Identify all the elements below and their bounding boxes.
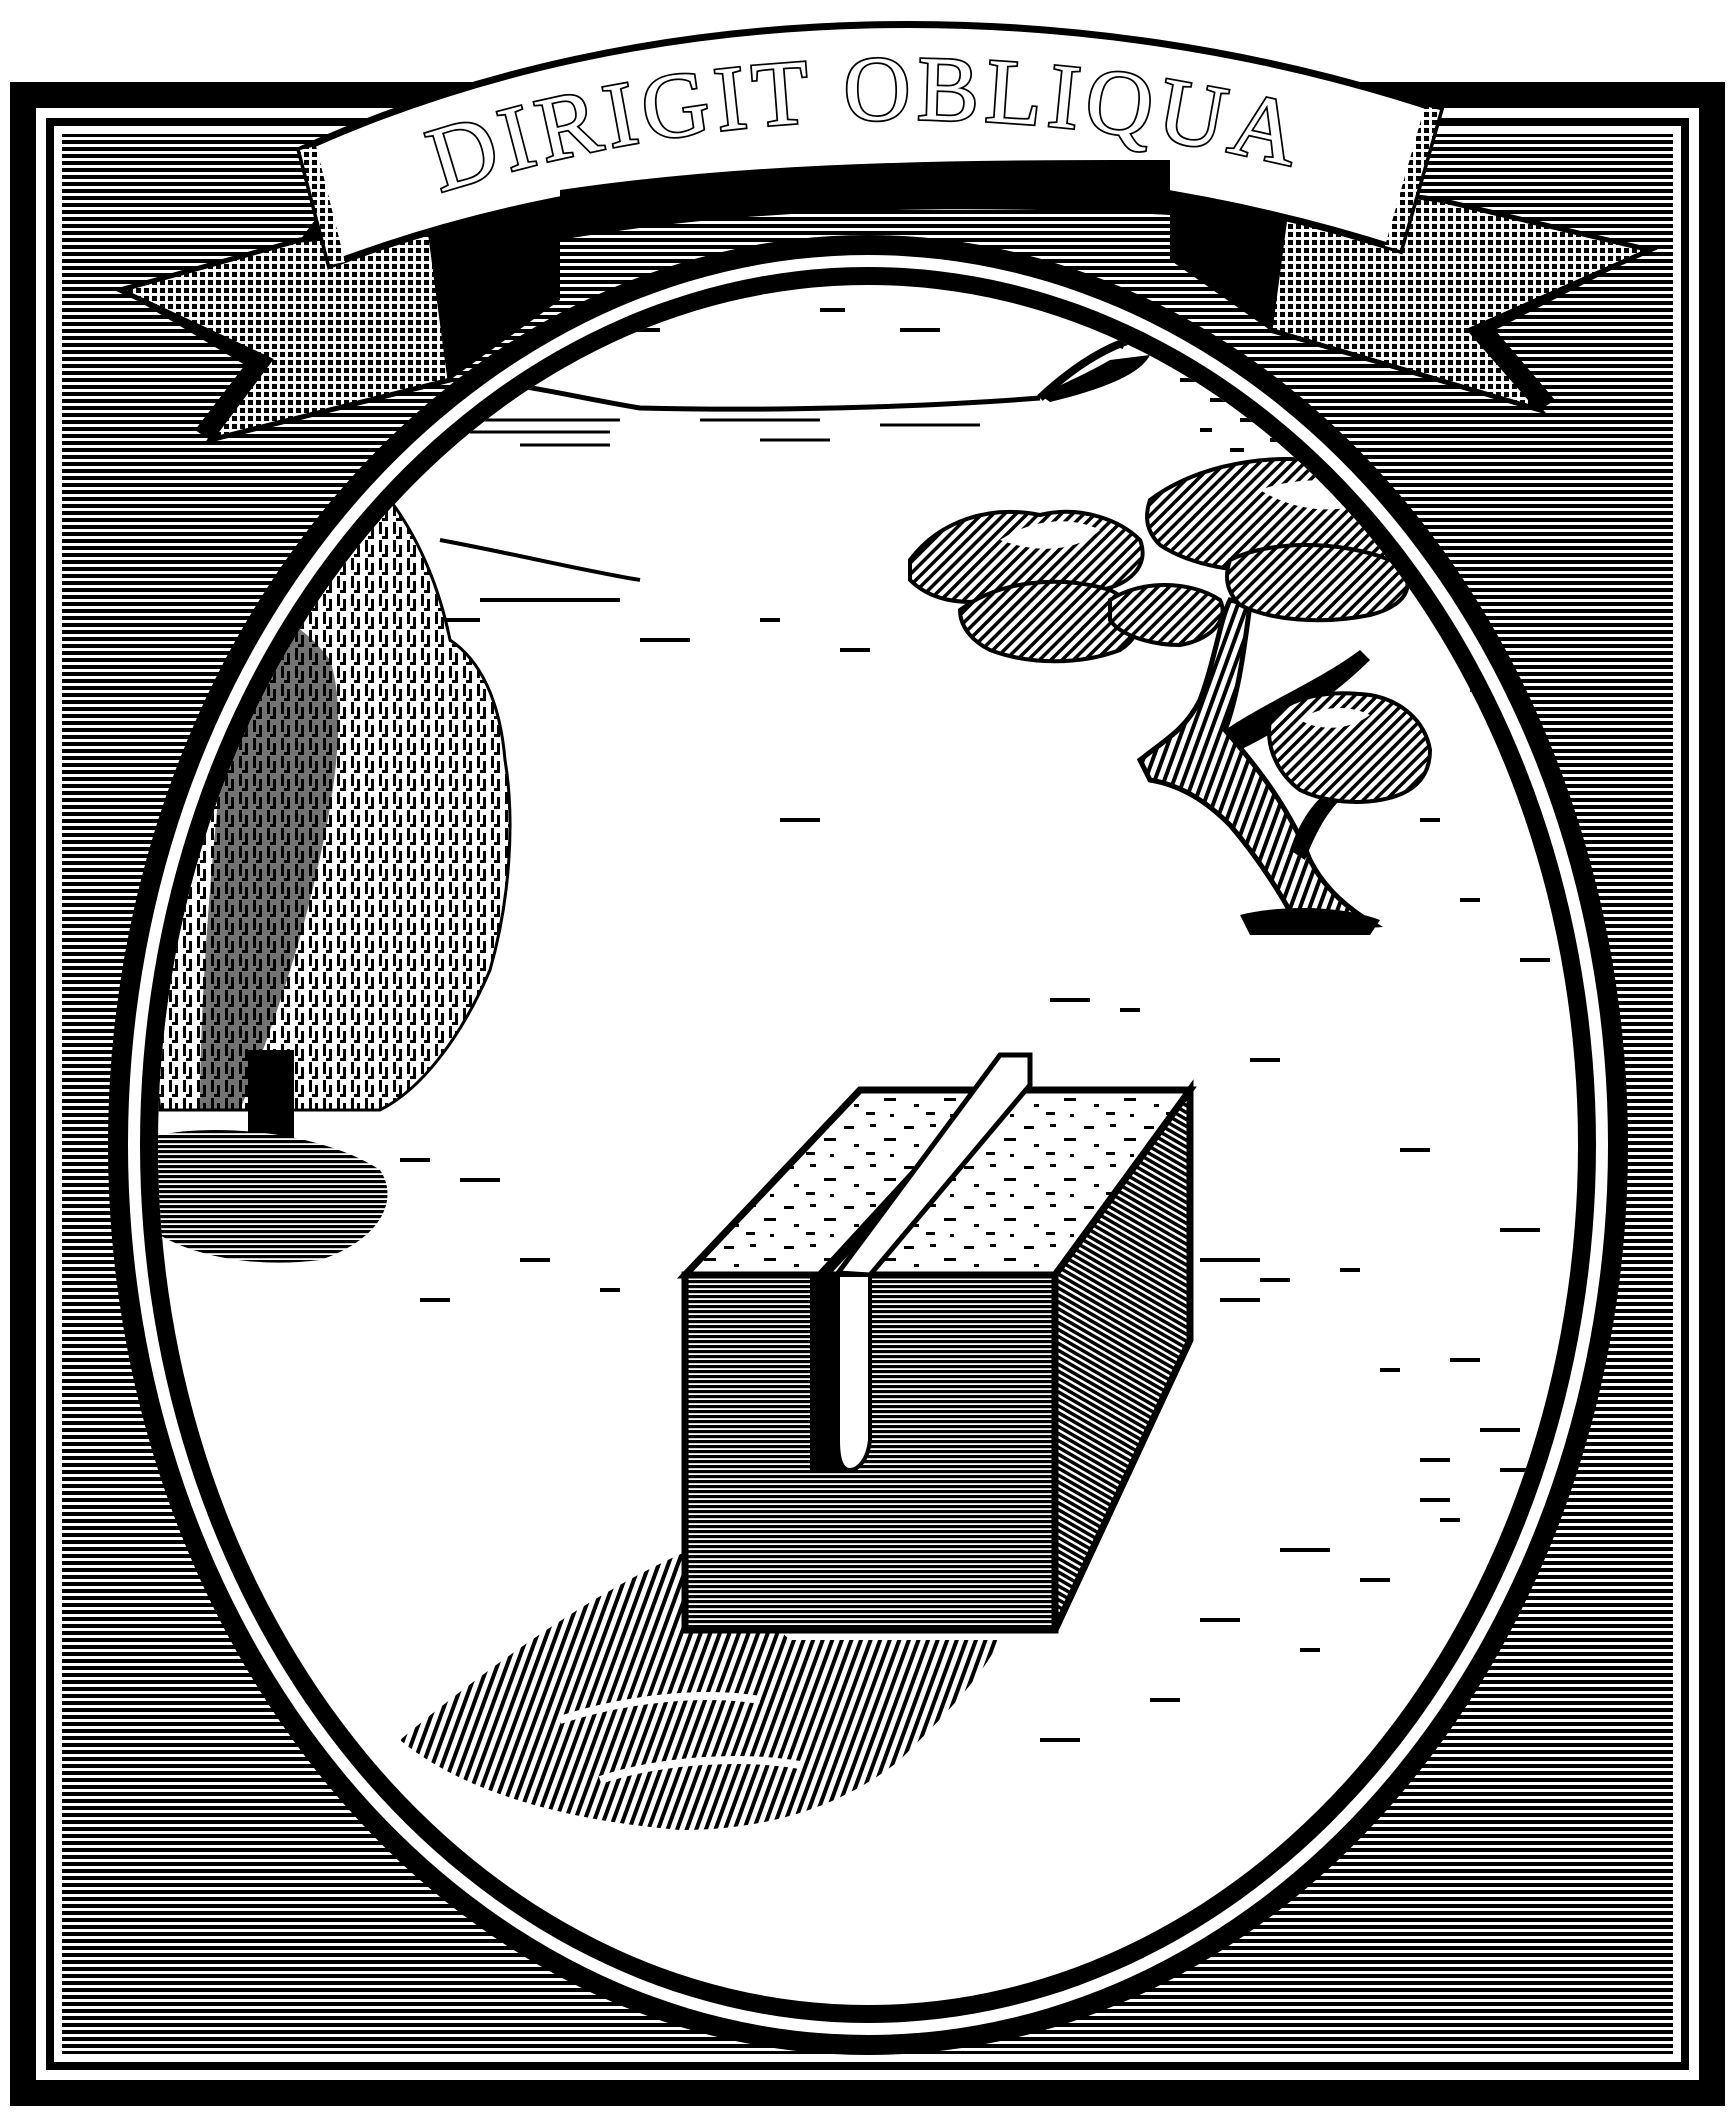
emblem-illustration: DIRIGIT OBLIQUA xyxy=(0,0,1735,2117)
